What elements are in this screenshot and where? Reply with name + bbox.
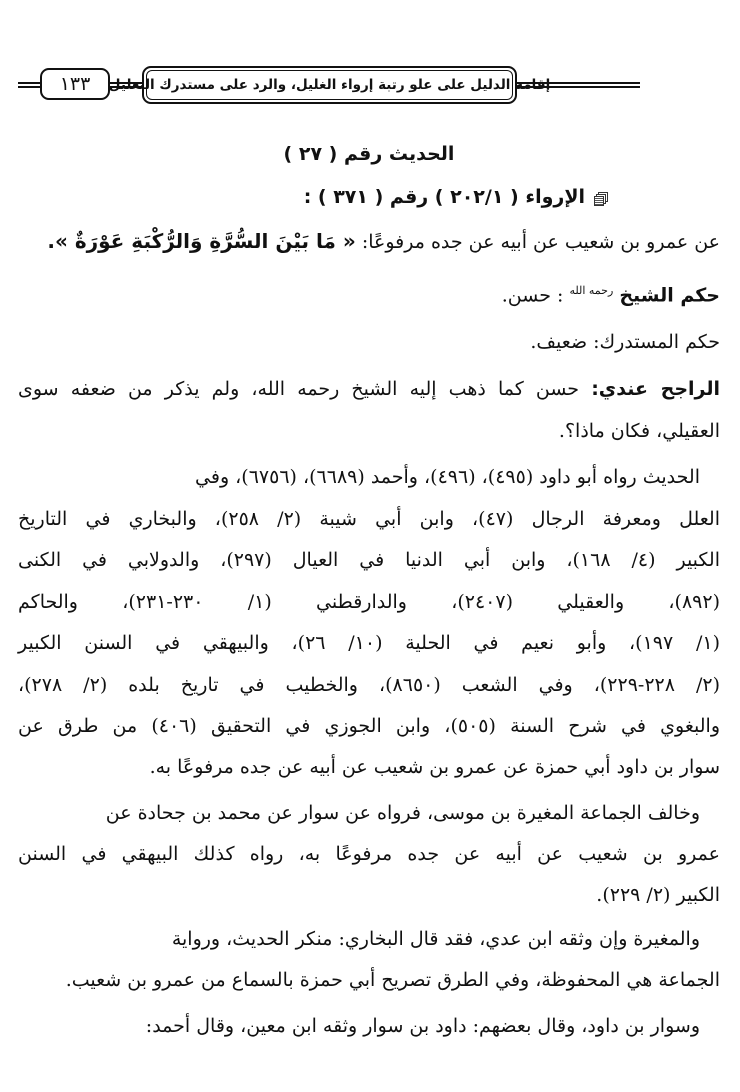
paragraph-line: والبغوي في شرح السنة (٥٠٥)، وابن الجوزي … — [18, 715, 720, 737]
paragraph-line: (١/ ١٩٧)، وأبو نعيم في الحلية (١٠/ ٢٦)، … — [18, 632, 720, 654]
isnad-intro: عن عمرو بن شعيب عن أبيه عن جده مرفوعًا: — [362, 231, 720, 253]
page-number-box: ١٣٣ — [40, 68, 110, 100]
paragraph-line: وخالف الجماعة المغيرة بن موسى، فرواه عن … — [106, 802, 700, 824]
paragraph-line: عمرو بن شعيب عن أبيه عن جده مرفوعًا به، … — [18, 843, 720, 865]
honorific-glyph: رحمه الله — [569, 284, 613, 297]
source-reference-label: الإرواء ( ٢٠٢/١ ) رقم ( ٣٧١ ) : — [304, 186, 585, 208]
preferred-ruling-label: الراجح عندي: — [591, 378, 720, 400]
document-stack-icon — [595, 192, 608, 205]
preferred-ruling-line-1: الراجح عندي: حسن كما ذهب إليه الشيخ رحمه… — [18, 378, 720, 400]
header-rule-left — [18, 82, 42, 88]
hadith-matn: « مَا بَيْنَ السُّرَّةِ وَالرُّكْبَةِ عَ… — [47, 229, 355, 253]
paragraph-line: والمغيرة وإن وثقه ابن عدي، فقد قال البخا… — [172, 928, 700, 950]
shaykh-ruling-label: حكم الشيخ — [619, 284, 720, 306]
shaykh-ruling-value: : حسن. — [502, 284, 564, 306]
source-reference: الإرواء ( ٢٠٢/١ ) رقم ( ٣٧١ ) : — [304, 186, 608, 208]
preferred-ruling-text: حسن كما ذهب إليه الشيخ رحمه الله، ولم يذ… — [18, 378, 579, 400]
paragraph-line: (٨٩٢)، والعقيلي (٢٤٠٧)، والدارقطني (١/ ٢… — [18, 591, 720, 613]
preferred-ruling-line-2: العقيلي، فكان ماذا؟. — [559, 420, 720, 442]
paragraph-line: (٢/ ٢٢٨-٢٢٩)، وفي الشعب (٨٦٥٠)، والخطيب … — [18, 674, 720, 696]
paragraph-line: الكبير (٤/ ١٦٨)، وابن أبي الدنيا في العي… — [18, 549, 720, 571]
shaykh-ruling: حكم الشيخ رحمه الله : حسن. — [502, 284, 720, 306]
hadith-heading: الحديث رقم ( ٢٧ ) — [18, 143, 720, 165]
mustadrak-ruling: حكم المستدرك: ضعيف. — [530, 331, 720, 353]
page-number: ١٣٣ — [60, 73, 91, 95]
paragraph-line: الحديث رواه أبو داود (٤٩٥)، (٤٩٦)، وأحمد… — [195, 466, 700, 488]
paragraph-line: سوار بن داود أبي حمزة عن عمرو بن شعيب عن… — [150, 756, 720, 778]
hadith-text: عن عمرو بن شعيب عن أبيه عن جده مرفوعًا: … — [47, 229, 720, 253]
paragraph-line: الكبير (٢/ ٢٢٩). — [596, 884, 720, 906]
book-title-box: إقامة الدليل على علو رتبة إرواء الغليل، … — [142, 66, 517, 104]
paragraph-line: وسوار بن داود، وقال بعضهم: داود بن سوار … — [146, 1015, 700, 1037]
header-rule-right — [515, 82, 640, 88]
running-header: ١٣٣ إقامة الدليل على علو رتبة إرواء الغل… — [18, 66, 642, 104]
paragraph-line: العلل ومعرفة الرجال (٤٧)، وابن أبي شيبة … — [18, 508, 720, 530]
paragraph-line: الجماعة هي المحفوظة، وفي الطرق تصريح أبي… — [66, 969, 720, 991]
book-title: إقامة الدليل على علو رتبة إرواء الغليل، … — [109, 77, 550, 93]
